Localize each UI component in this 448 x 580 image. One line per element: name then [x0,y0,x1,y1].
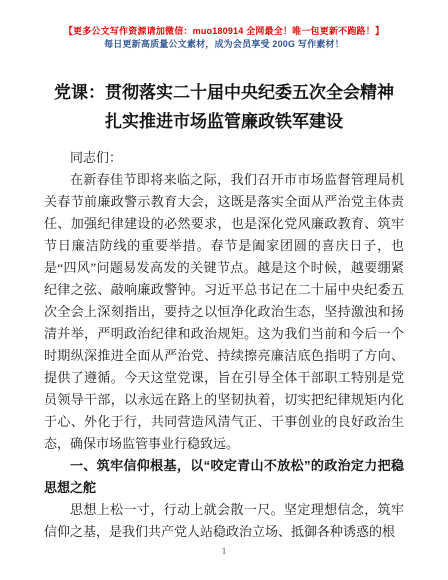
section-heading-1: 一、筑牢信仰根基，以“咬定青山不放松”的政治定力把稳思想之舵 [44,455,404,499]
promo-line-blue: 每日更新高质量公文素材，成为会员享受 200G 写作素材！ [44,38,404,51]
promo-line-red: 【更多公文写作资源请加微信：muo180914 全网最全！唯一包更新不跑路！】 [44,25,404,38]
body-paragraph-2: 思想上松一寸，行动上就会散一尺。坚定理想信念，筑牢信仰之基，是我们共产党人站稳政… [44,499,404,543]
body-paragraph-1: 在新春佳节即将来临之际，我们召开市市场监督管理局机关春节前廉政警示教育大会，这既… [44,169,404,455]
document-title: 党课：贯彻落实二十届中央纪委五次全会精神 扎实推进市场监管廉政铁军建设 [44,78,404,136]
document-title-line2: 扎实推进市场监管廉政铁军建设 [44,107,404,136]
page-number: 1 [0,546,448,556]
document-body: 同志们： 在新春佳节即将来临之际，我们召开市市场监督管理局机关春节前廉政警示教育… [44,147,404,543]
promo-banner: 【更多公文写作资源请加微信：muo180914 全网最全！唯一包更新不跑路！】 … [44,25,404,51]
salutation: 同志们： [44,147,404,169]
document-title-line1: 党课：贯彻落实二十届中央纪委五次全会精神 [44,78,404,107]
document-page: 【更多公文写作资源请加微信：muo180914 全网最全！唯一包更新不跑路！】 … [0,0,448,580]
